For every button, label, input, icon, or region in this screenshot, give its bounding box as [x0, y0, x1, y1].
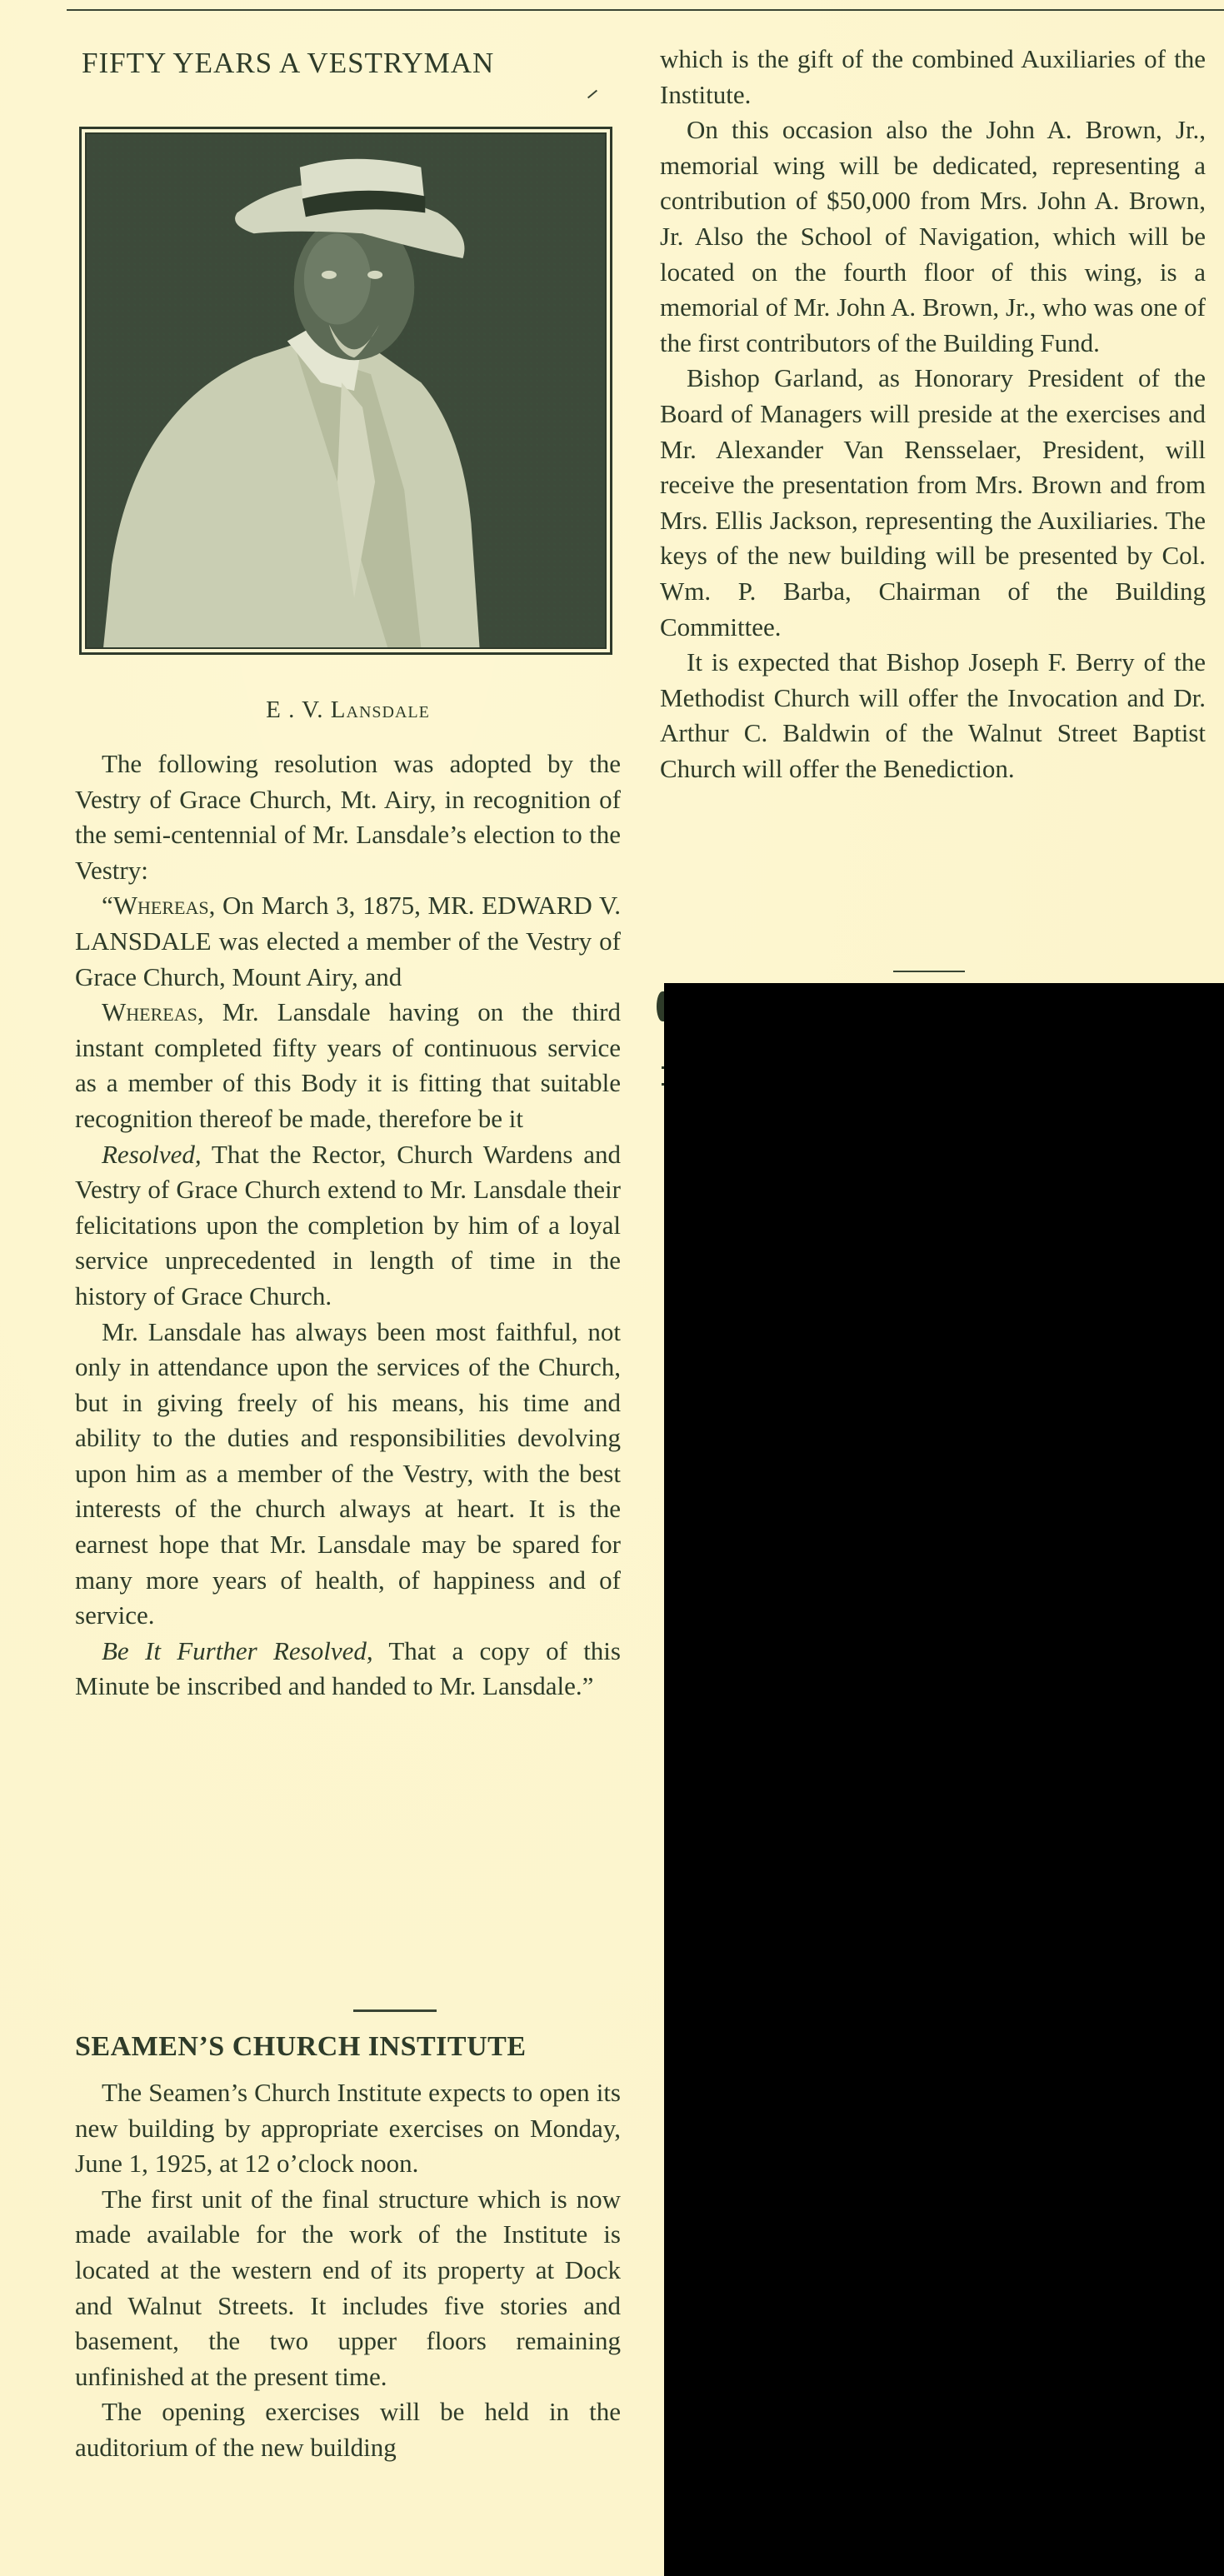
paragraph: Mr. Lansdale has always been most faithf… — [75, 1315, 621, 1634]
paragraph: On this occasion also the John A. Brown,… — [660, 112, 1206, 361]
seamens-article-body: The Seamen’s Church Institute ex­pects t… — [75, 2075, 621, 2466]
paragraph-lead: Whereas, — [102, 997, 204, 1026]
stray-mark — [587, 90, 597, 99]
top-rule — [67, 9, 1224, 11]
portrait-photo — [85, 132, 607, 649]
paragraph: Resolved, That the Rector, Church Warden… — [75, 1137, 621, 1315]
paragraph-lead: Be It Further Resolved, — [102, 1636, 373, 1665]
paragraph: which is the gift of the combined Aux­il… — [660, 42, 1206, 112]
paragraph-lead: “Whereas, — [102, 891, 215, 920]
paragraph: The Seamen’s Church Institute ex­pects t… — [75, 2075, 621, 2182]
paragraph: “Whereas, On March 3, 1875, MR. EDWARD V… — [75, 888, 621, 995]
paragraph: It is expected that Bishop Joseph F. Ber… — [660, 645, 1206, 786]
redacted-region — [664, 983, 1224, 2576]
paragraph: The opening exercises will be held in th… — [75, 2394, 621, 2465]
photo-caption: E . V. Lansdale — [75, 696, 621, 724]
section-divider — [353, 2009, 437, 2012]
portrait-photo-frame — [79, 127, 612, 655]
paragraph: Be It Further Resolved, That a copy of t… — [75, 1634, 621, 1705]
vestryman-article-body: The following resolution was adopted by … — [75, 746, 621, 1705]
paragraph: Bishop Garland, as Honorary Presi­dent o… — [660, 361, 1206, 645]
paragraph: The first unit of the final structure wh… — [75, 2182, 621, 2395]
article-title-seamens-institute: SEAMEN’S CHURCH INSTITUTE — [75, 2031, 527, 2063]
portrait-illustration — [87, 134, 605, 647]
article-title-vestryman: FIFTY YEARS A VESTRYMAN — [82, 47, 494, 80]
section-divider — [893, 971, 965, 972]
seamens-article-continued: which is the gift of the combined Aux­il… — [660, 42, 1206, 786]
paragraph: The following resolution was adopted by … — [75, 746, 621, 888]
paragraph-lead: Resolved, — [102, 1140, 202, 1169]
paragraph: Whereas, Mr. Lansdale having on the thir… — [75, 995, 621, 1136]
